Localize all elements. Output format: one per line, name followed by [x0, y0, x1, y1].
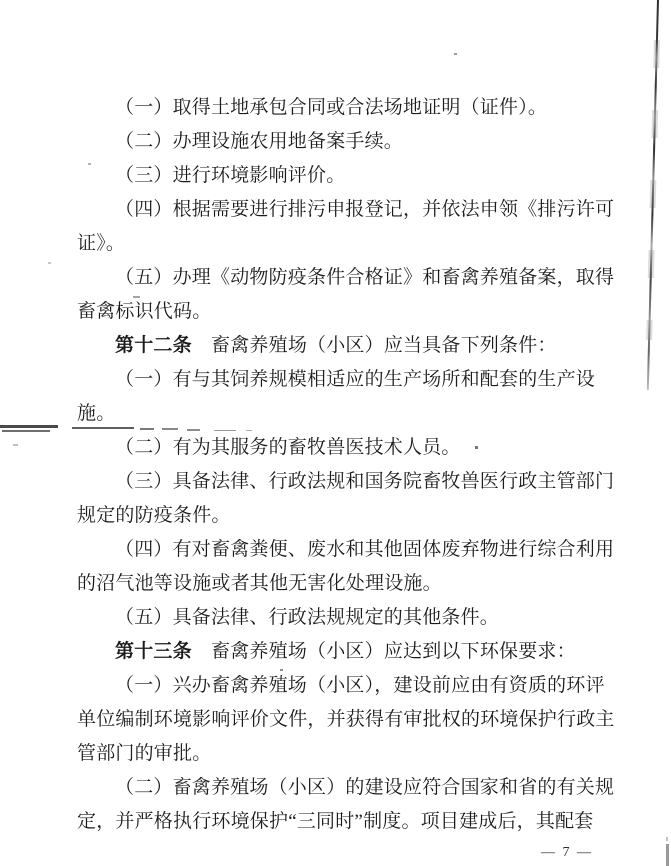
text-line: （三）进行环境影响评价。 [77, 159, 671, 193]
text-line: （二）办理设施农用地备案手续。 [77, 125, 671, 159]
scan-smudge-dash [0, 425, 58, 428]
scan-corner-mark [666, 837, 668, 841]
text-line: （一）兴办畜禽养殖场（小区），建设前应由有资质的环评 [77, 669, 671, 703]
scan-corner-mark [666, 844, 669, 866]
text-line: 定，并严格执行环境保护“三同时”制度。项目建成后，其配套 [77, 805, 671, 839]
scan-speck [454, 53, 457, 55]
text-line: 证》。 [77, 227, 671, 261]
scan-smudge-dash [187, 429, 200, 431]
article-number: 第十三条 [115, 641, 192, 662]
document-body: （一）取得土地承包合同或合法场地证明（证件）。 （二）办理设施农用地备案手续。 … [0, 91, 671, 839]
scan-smudge-dash [2, 430, 50, 432]
text-line: 管部门的审批。 [77, 737, 671, 771]
text-line: （二）有为其服务的畜牧兽医技术人员。 [77, 431, 671, 465]
article-title: 畜禽养殖场（小区）应当具备下列条件： [192, 335, 557, 356]
scan-smudge-dash [214, 430, 236, 431]
scan-smudge-dash [140, 428, 154, 430]
scanned-document-page: （一）取得土地承包合同或合法场地证明（证件）。 （二）办理设施农用地备案手续。 … [0, 0, 671, 866]
scan-smudge-dash [162, 428, 178, 430]
text-line: （二）畜禽养殖场（小区）的建设应符合国家和省的有关规 [77, 771, 671, 805]
scan-speck [48, 262, 51, 264]
article-heading-line: 第十二条 畜禽养殖场（小区）应当具备下列条件： [77, 329, 671, 363]
text-line: （一）有与其饲养规模相适应的生产场所和配套的生产设 [77, 363, 671, 397]
text-line: 单位编制环境影响评价文件，并获得有审批权的环境保护行政主 [77, 703, 671, 737]
article-heading-line: 第十三条 畜禽养殖场（小区）应达到以下环保要求： [77, 635, 671, 669]
scan-speck [475, 446, 478, 449]
scan-speck [133, 296, 140, 298]
text-line: （四）根据需要进行排污申报登记，并依法申领《排污许可 [77, 193, 671, 227]
scan-smudge-dash [246, 430, 252, 431]
text-line: （一）取得土地承包合同或合法场地证明（证件）。 [77, 91, 671, 125]
scan-speck [88, 163, 91, 165]
text-line: 畜禽标识代码。 [77, 295, 671, 329]
text-line: 施。 [77, 397, 671, 431]
text-line: 的沼气池等设施或者其他无害化处理设施。 [77, 567, 671, 601]
article-title: 畜禽养殖场（小区）应达到以下环保要求： [192, 641, 576, 662]
text-line: （五）办理《动物防疫条件合格证》和畜禽养殖备案，取得 [77, 261, 671, 295]
text-line: （四）有对畜禽粪便、废水和其他固体废弃物进行综合利用 [77, 533, 671, 567]
scan-speck [13, 444, 18, 446]
article-number: 第十二条 [115, 335, 192, 356]
scan-smudge-dash [72, 427, 134, 429]
text-line: 规定的防疫条件。 [77, 499, 671, 533]
page-number: — 7 — [541, 845, 593, 861]
text-line: （三）具备法律、行政法规和国务院畜牧兽医行政主管部门 [77, 465, 671, 499]
scan-speck [280, 669, 283, 671]
text-line: （五）具备法律、行政法规规定的其他条件。 [77, 601, 671, 635]
